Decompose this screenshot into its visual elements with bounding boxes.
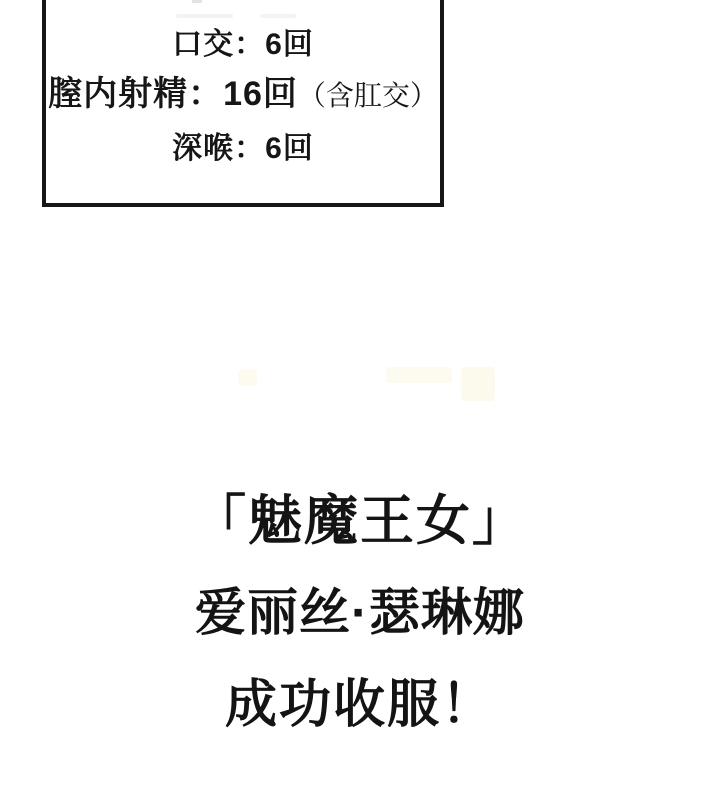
artifact-smudge [238, 369, 257, 386]
caption-line-result: 成功收服！ [0, 662, 720, 737]
caption-line-title: 「魅魔王女」 [0, 478, 720, 555]
artifact-smudge [386, 367, 452, 383]
comic-page: 口交：6回 膣内射精：16回（含肛交） 深喉：6回 「魅魔王女」 爱丽丝·瑟琳娜… [0, 0, 720, 800]
status-window-box: 口交：6回 膣内射精：16回（含肛交） 深喉：6回 [42, 0, 444, 207]
stat-line-creampie: 膣内射精：16回（含肛交） [46, 66, 440, 115]
caption-line-name: 爱丽丝·瑟琳娜 [0, 571, 720, 645]
stat-line-creampie-note: （含肛交） [298, 81, 438, 112]
artifact-smudge [461, 367, 495, 401]
stat-line-deepthroat: 深喉：6回 [46, 123, 440, 167]
stat-line-creampie-main: 膣内射精：16回 [48, 75, 298, 113]
stat-line-oral: 口交：6回 [46, 19, 440, 63]
